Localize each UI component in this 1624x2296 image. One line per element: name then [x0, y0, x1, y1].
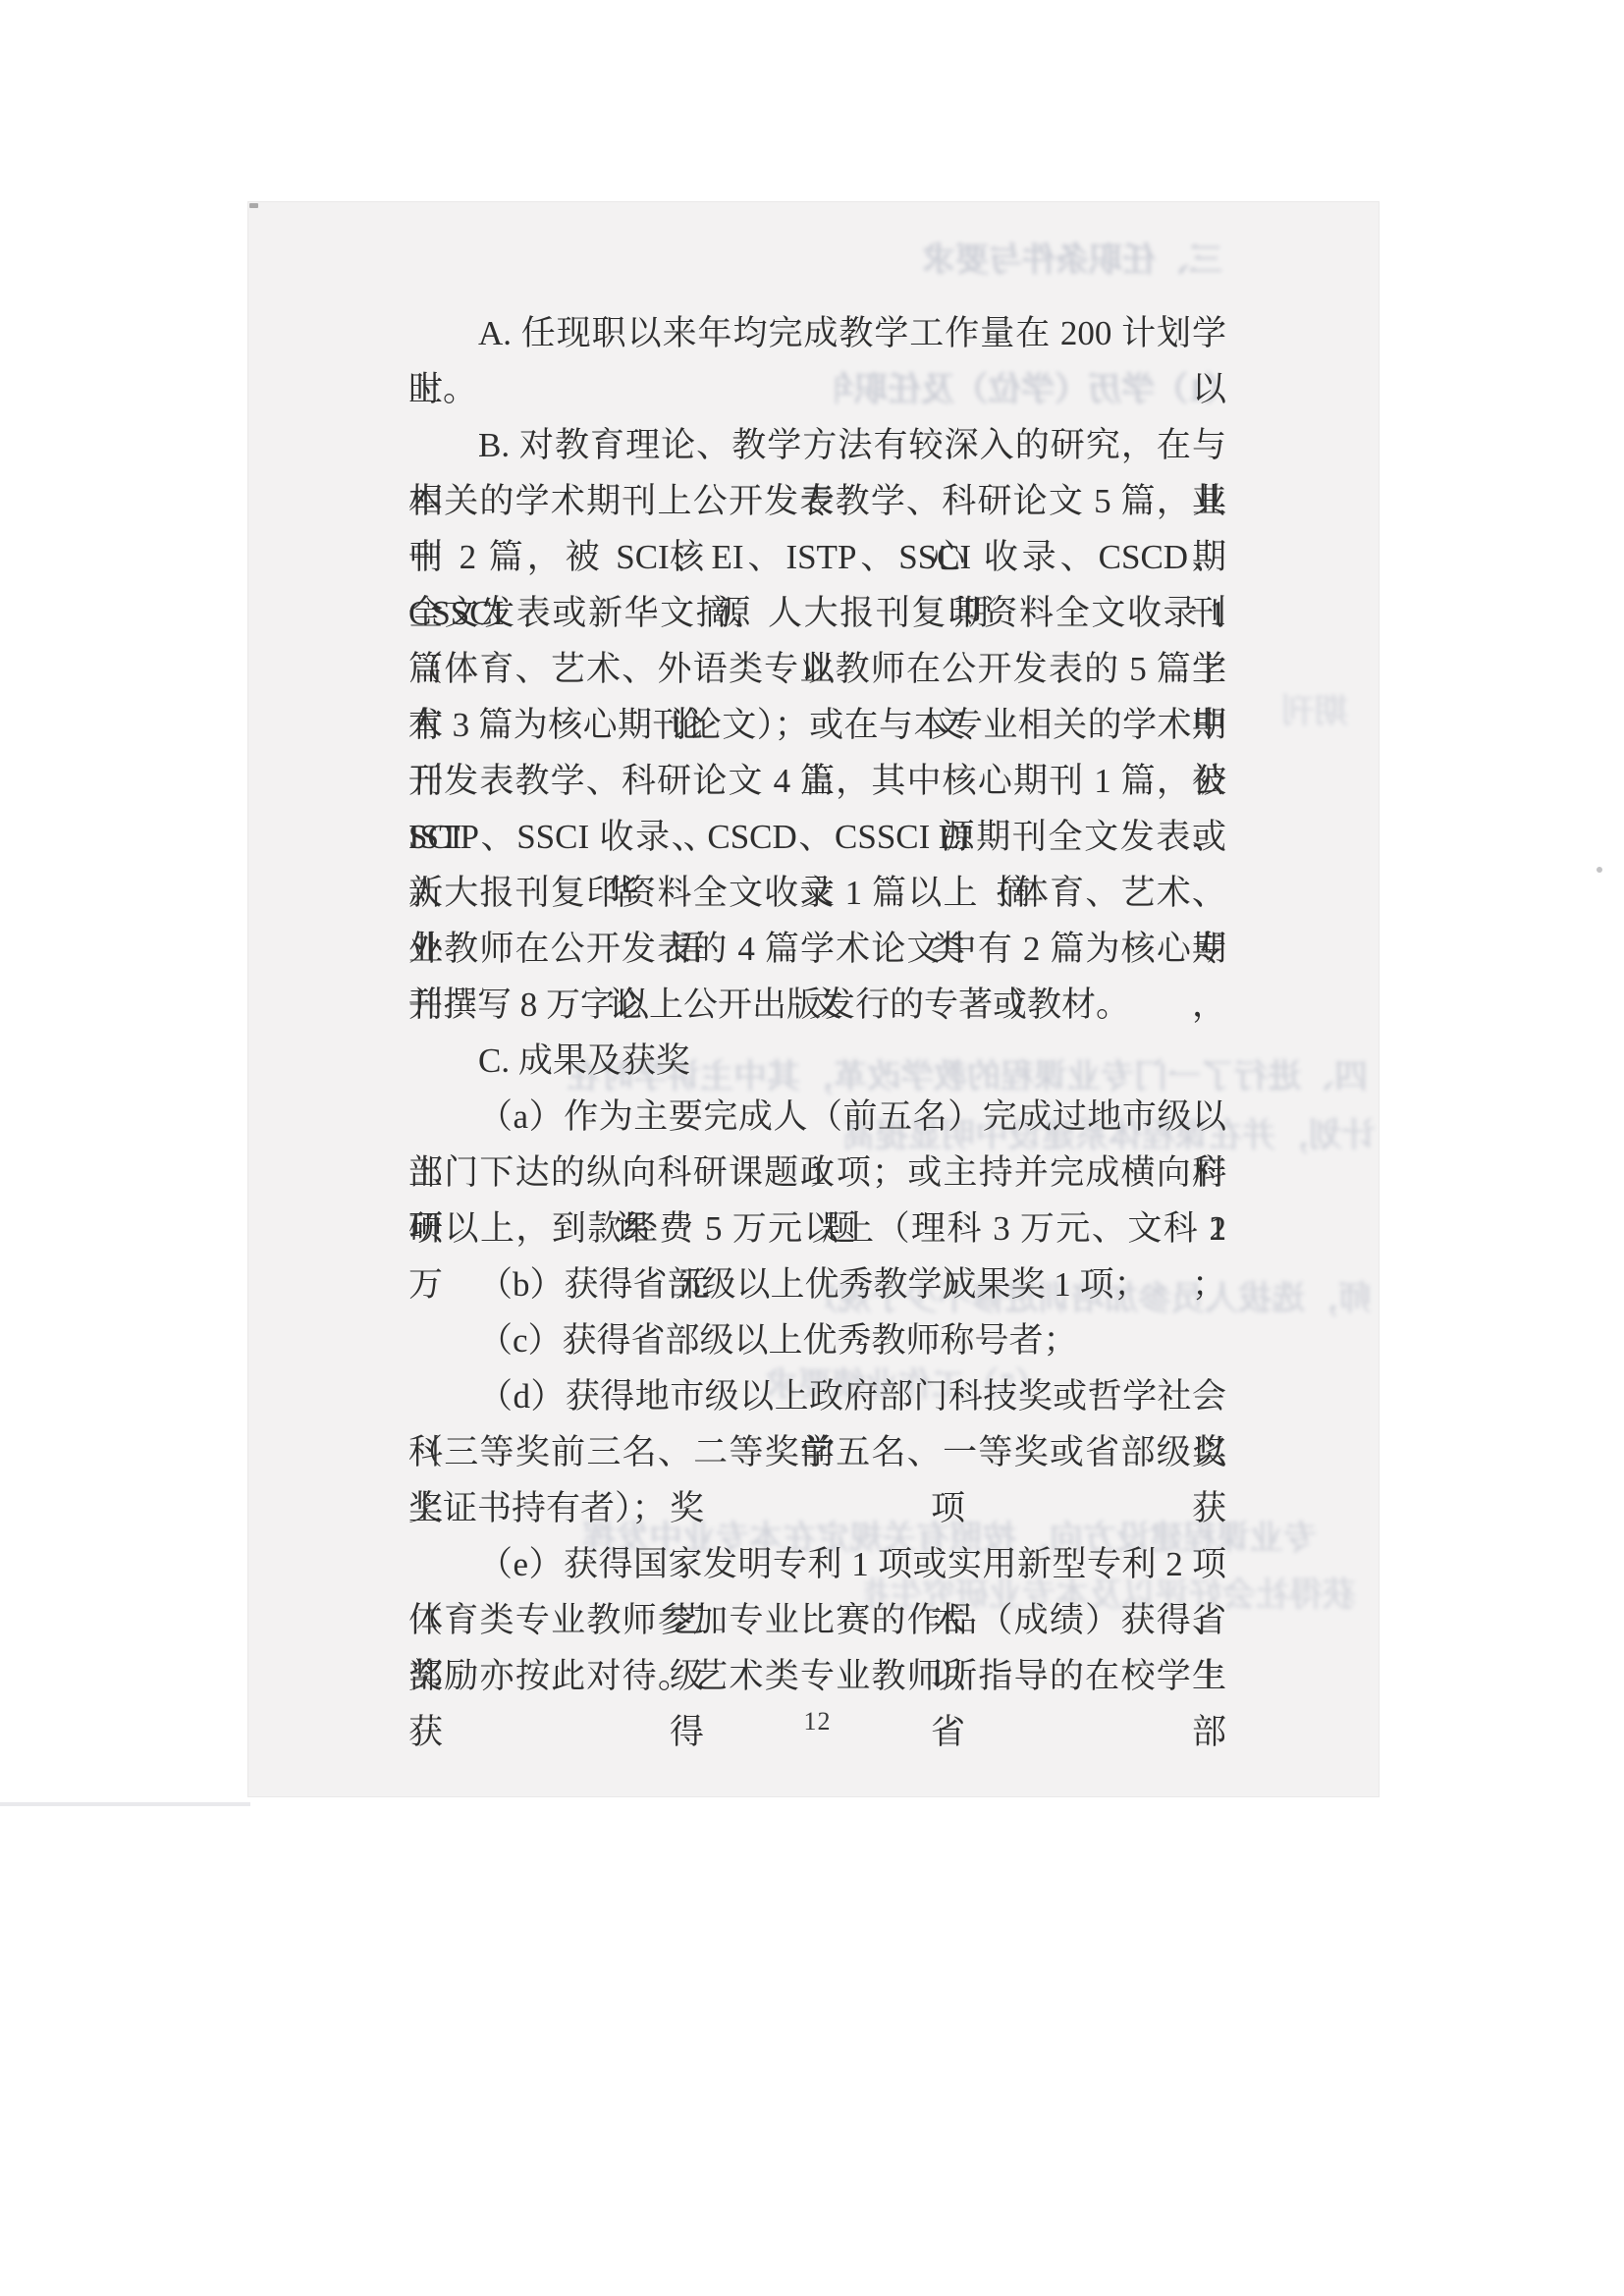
- body-line: 人大报刊复印资料全文收录 1 篇以上（体育、艺术、外语类专: [408, 865, 1226, 921]
- scan-edge-artifact: [0, 1802, 250, 1806]
- document-body: A. 任现职以来年均完成教学工作量在 200 计划学时以上。B. 对教育理论、教…: [408, 305, 1226, 1704]
- body-line: 奖励亦按此对待。艺术类专业教师所指导的在校学生获得省部: [408, 1648, 1226, 1704]
- body-line: （b）获得省部级以上优秀教学成果奖 1 项；: [408, 1256, 1226, 1312]
- body-line: 有 3 篇为核心期刊论文）；或在与本专业相关的学术期刊上公: [408, 697, 1226, 753]
- body-line: 项以上，到款经费 5 万元以上（理科 3 万元、文科 2 万元）；: [408, 1201, 1226, 1256]
- body-line: B. 对教育理论、教学方法有较深入的研究，在与本专业: [408, 417, 1226, 473]
- body-line: 开发表教学、科研论文 4 篇，其中核心期刊 1 篇，被 SCI、EI、: [408, 753, 1226, 809]
- body-line: 部门下达的纵向科研课题 1 项；或主持并完成横向科研课题 1: [408, 1145, 1226, 1201]
- bleedthrough-text: 三、任职条件与要求: [838, 241, 1222, 281]
- body-line: 体育类专业教师参加专业比赛的作品（成绩）获得省部级以上: [408, 1592, 1226, 1648]
- scanned-document-page: 三、任职条件与要求（1）学历（学位）及任职年限要求四、进行了一门专业课程的教学改…: [0, 0, 1624, 2296]
- body-line: （三等奖前三名、二等奖前五名、一等奖或省部级以上奖项获: [408, 1424, 1226, 1480]
- body-line: C. 成果及获奖: [408, 1033, 1226, 1089]
- bleedthrough-text: 期刊: [1230, 693, 1348, 732]
- body-line: ISTP、SSCI 收录、CSCD、CSSCI 源期刊全文发表或新华文摘、: [408, 809, 1226, 865]
- body-line: 业教师在公开发表的 4 篇学术论文中有 2 篇为核心期刊论文），: [408, 921, 1226, 977]
- body-line: 刊 2 篇，被 SCI、EI、ISTP、SSCI 收录、CSCD、CSSCI 源…: [408, 529, 1226, 585]
- body-line: 全文发表或新华文摘、人大报刊复印资料全文收录 1 篇以上: [408, 585, 1226, 641]
- scan-corner-artifact: [249, 203, 258, 208]
- body-line: （d）获得地市级以上政府部门科技奖或哲学社会科学奖: [408, 1368, 1226, 1424]
- page-number: 12: [408, 1707, 1226, 1736]
- body-line: （e）获得国家发明专利 1 项或实用新型专利 2 项（艺术、: [408, 1536, 1226, 1592]
- body-line: 相关的学术期刊上公开发表教学、科研论文 5 篇，其中核心期: [408, 473, 1226, 529]
- scanner-speck: [1597, 867, 1602, 873]
- body-line: （c）获得省部级以上优秀教师称号者；: [408, 1312, 1226, 1368]
- body-line: 并撰写 8 万字以上公开出版发行的专著或教材。: [408, 977, 1226, 1033]
- body-line: （a）作为主要完成人（前五名）完成过地市级以上政府: [408, 1089, 1226, 1145]
- body-line: （体育、艺术、外语类专业教师在公开发表的 5 篇学术论文中: [408, 641, 1226, 697]
- paper-sheet: 三、任职条件与要求（1）学历（学位）及任职年限要求四、进行了一门专业课程的教学改…: [247, 201, 1380, 1797]
- body-line: A. 任现职以来年均完成教学工作量在 200 计划学时以: [408, 305, 1226, 361]
